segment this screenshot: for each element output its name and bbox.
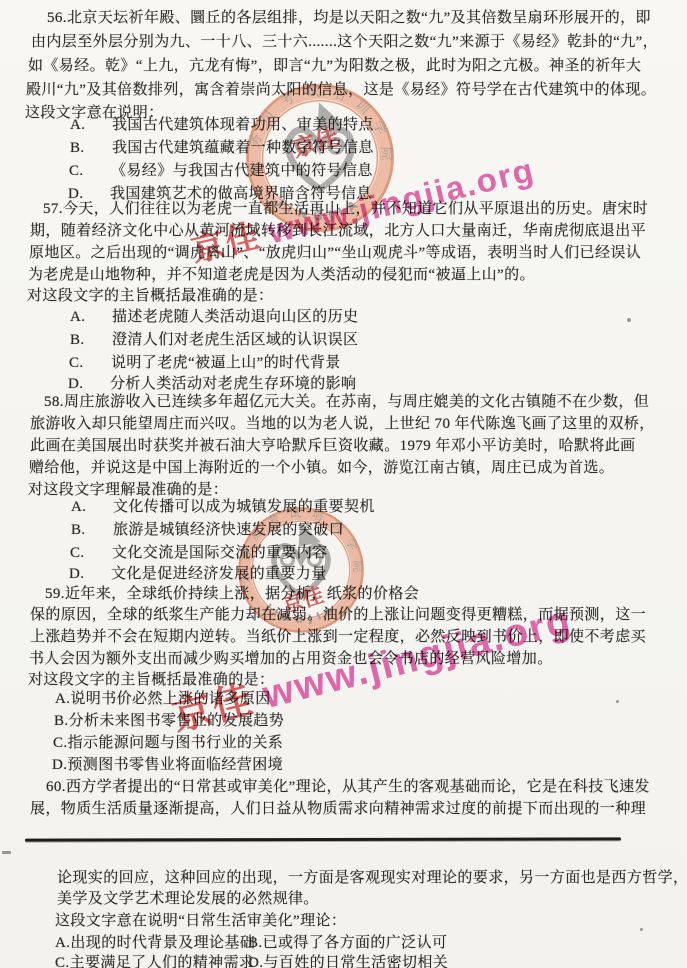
- option-label: C.: [55, 955, 70, 968]
- option-label: A.: [55, 935, 70, 951]
- q58-line: 旅游收入却只能望周庄而兴叹。当地的以为老人说，上世纪 70 年代陈逸飞画了这里的…: [30, 412, 655, 433]
- option-text: 指示能源问题与图书行业的关系: [68, 735, 284, 751]
- q57-line: 原地区。之后出现的“调虎离山”、“放虎归山”“坐山观虎斗”等成语，表明当时人们已…: [29, 241, 641, 262]
- q58-line: 58.周庄旅游收入已连续多年超亿元大关。在苏南，与周庄媲美的文化古镇随不在少数，…: [44, 390, 649, 411]
- option-label: C.: [69, 163, 111, 180]
- q60-line: 展，物质生活质量逐渐提高，人们日益从物质需求向精神需求过度的前提下而出现的一种理: [30, 797, 646, 818]
- q60-option-a: A.出现的时代背景及理论基础: [55, 931, 255, 952]
- q59-option-d: D.预测图书零售业将面临经营困境: [52, 753, 283, 774]
- option-label: C.: [69, 355, 111, 372]
- option-text: 已或得了各方面的广泛认可: [263, 935, 448, 951]
- option-label: B.: [54, 713, 69, 729]
- scan-artifact: [627, 318, 631, 322]
- scan-artifact: [2, 851, 11, 854]
- option-text: 与百姓的日常生活密切相关: [263, 955, 448, 968]
- q60-option-c: C.主要满足了人们的精神需求: [55, 951, 254, 968]
- q56-line: 由内层至外层分别为九、一十八、三十六.......这个天阳之数“九”来源于《易经…: [31, 30, 658, 51]
- q60-line: 60.西方学者提出的“日常甚或审美化”理论，从其产生的客观基础而论，它是在科技飞…: [46, 775, 650, 796]
- option-text: 预测图书零售业将面临经营困境: [67, 757, 283, 773]
- option-label: A.: [70, 117, 112, 134]
- option-label: D.: [69, 566, 111, 583]
- q57-option-c: C.说明了老虎“被逼上山”的时代背景: [69, 351, 341, 372]
- option-label: B.: [70, 140, 112, 157]
- option-label: A.: [71, 499, 113, 516]
- page-divider-line: [25, 837, 621, 841]
- option-label: C.: [70, 545, 112, 562]
- q56-line: 56.北京天坛祈年殿、圜丘的各层组排，均是以天阳之数“九”及其倍数呈扇环形展开的…: [47, 6, 651, 27]
- option-label: A.: [55, 691, 70, 707]
- option-label: B.: [71, 522, 113, 539]
- option-text: 出现的时代背景及理论基础: [70, 935, 255, 951]
- tail-line: 美学及文学艺术理论发展的必然规律。: [57, 887, 319, 908]
- option-label: B.: [248, 935, 263, 951]
- option-text: 澄清人们对老虎生活区域的认识误区: [112, 332, 358, 348]
- q59-option-c: C.指示能源问题与图书行业的关系: [53, 731, 283, 752]
- tail-prompt: 这段文字意在说明“日常生活审美化”理论：: [55, 909, 346, 930]
- q58-line: 赠给他，并说这是中国上海附近的一个小镇。如今，游览江南古镇，周庄已成为首选。: [29, 456, 614, 477]
- scan-artifact: [640, 928, 643, 931]
- option-text: 主要满足了人们的精神需求: [70, 955, 255, 968]
- q56-line: 如《易经。乾》“上九，亢龙有悔”，即言“九”为阳数之极，此时为阳之亢极。神圣的祈…: [28, 54, 641, 75]
- q58-line: 此画在美国展出时获奖并被石油大亨哈默斥巨资收藏。1979 年邓小平访美时，哈默将…: [30, 434, 636, 455]
- q60-option-d: D.与百姓的日常生活密切相关: [248, 951, 448, 968]
- q57-option-b: B.澄清人们对老虎生活区域的认识误区: [70, 328, 358, 349]
- q57-option-a: A.描述老虎随人类活动退向山区的历史: [70, 305, 358, 326]
- q57-prompt: 对这段文字的主旨概括最准确的是：: [27, 284, 273, 305]
- option-label: B.: [70, 332, 112, 349]
- option-text: 说明了老虎“被逼上山”的时代背景: [111, 355, 341, 371]
- option-label: D.: [52, 757, 67, 773]
- jingjia-stamp: 公务员考试培训学院 JINGJIA 京佳: [233, 502, 369, 638]
- option-text: 描述老虎随人类活动退向山区的历史: [112, 309, 358, 325]
- tail-line: 论现实的回应，这种回应的出现，一方面是客观现实对理论的要求，另一方面也是西方哲学…: [57, 866, 687, 887]
- scanned-exam-page: 56.北京天坛祈年殿、圜丘的各层组排，均是以天阳之数“九”及其倍数呈扇环形展开的…: [0, 0, 687, 968]
- q60-option-b: B.已或得了各方面的广泛认可: [248, 931, 447, 952]
- scan-artifact: [616, 700, 619, 703]
- q57-line: 为老虎是山地物种，并不知道老虎是因为人类活动的侵犯而“被逼上山”的。: [28, 263, 535, 284]
- option-label: C.: [53, 735, 68, 751]
- option-label: D.: [248, 955, 263, 968]
- option-label: A.: [70, 309, 112, 326]
